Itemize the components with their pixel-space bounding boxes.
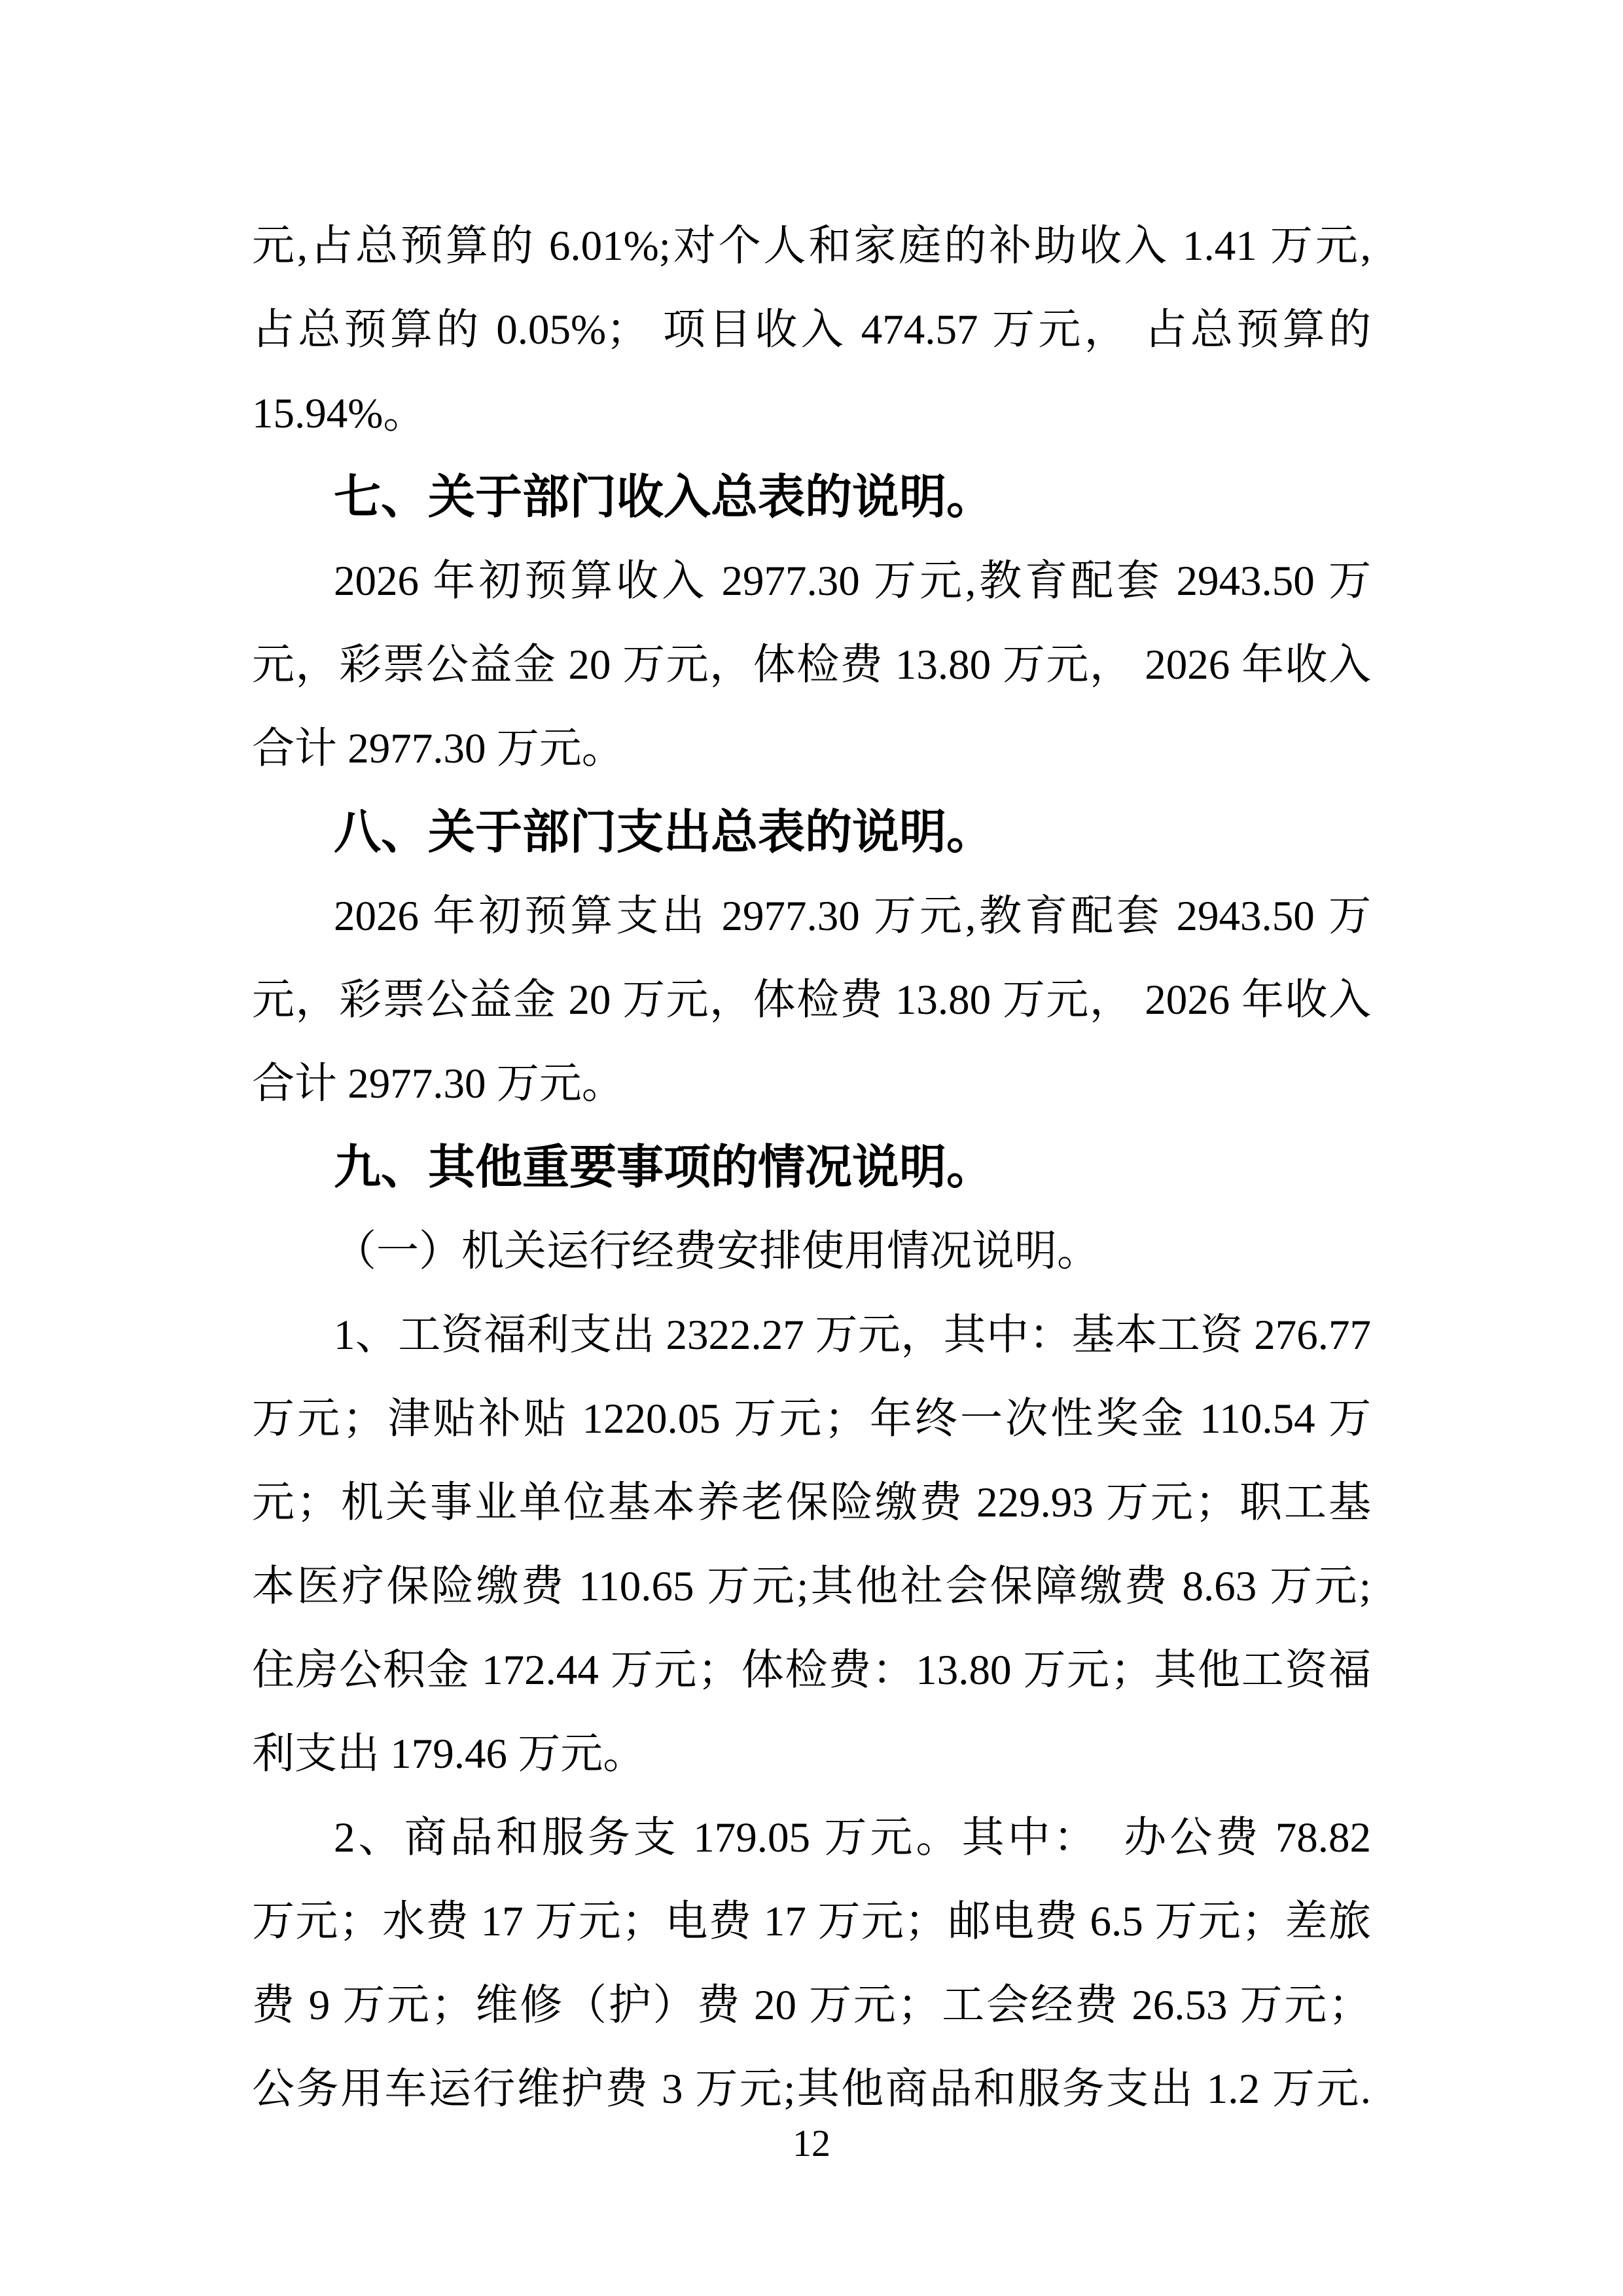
text-line: 15.94%。 xyxy=(252,372,1371,456)
text-line: 利支出 179.46 万元。 xyxy=(252,1712,1371,1796)
text-line: 万元；津贴补贴 1220.05 万元；年终一次性奖金 110.54 万 xyxy=(252,1377,1371,1461)
section-heading-seven: 七、关于部门收入总表的说明。 xyxy=(252,456,1371,539)
section-heading-eight: 八、关于部门支出总表的说明。 xyxy=(252,791,1371,874)
text-line: 住房公积金 172.44 万元；体检费：13.80 万元；其他工资福 xyxy=(252,1628,1371,1712)
document-page: 元,占总预算的 6.01%;对个人和家庭的补助收入 1.41 万元, 占总预算的… xyxy=(0,0,1623,2296)
text-line: 元，彩票公益金 20 万元，体检费 13.80 万元， 2026 年收入 xyxy=(252,623,1371,707)
text-line: 本医疗保险缴费 110.65 万元;其他社会保障缴费 8.63 万元; xyxy=(252,1545,1371,1628)
text-body: 元,占总预算的 6.01%;对个人和家庭的补助收入 1.41 万元, 占总预算的… xyxy=(252,204,1371,2131)
text-line: 合计 2977.30 万元。 xyxy=(252,1042,1371,1126)
text-line: 元；机关事业单位基本养老保险缴费 229.93 万元；职工基 xyxy=(252,1461,1371,1545)
text-line: 元,占总预算的 6.01%;对个人和家庭的补助收入 1.41 万元, xyxy=(252,204,1371,288)
page-number: 12 xyxy=(0,2115,1623,2172)
text-line: 2026 年初预算支出 2977.30 万元,教育配套 2943.50 万 xyxy=(252,874,1371,958)
text-line: 2026 年初预算收入 2977.30 万元,教育配套 2943.50 万 xyxy=(252,539,1371,623)
text-line: 占总预算的 0.05%； 项目收入 474.57 万元， 占总预算的 xyxy=(252,288,1371,372)
section-heading-nine: 九、其他重要事项的情况说明。 xyxy=(252,1126,1371,1210)
text-line: 万元；水费 17 万元；电费 17 万元；邮电费 6.5 万元；差旅 xyxy=(252,1880,1371,1964)
text-line: 费 9 万元；维修（护）费 20 万元；工会经费 26.53 万元； xyxy=(252,1964,1371,2047)
subsection-heading: （一）机关运行经费安排使用情况说明。 xyxy=(252,1210,1371,1293)
text-line: 2、商品和服务支 179.05 万元。其中： 办公费 78.82 xyxy=(252,1796,1371,1880)
text-line: 1、工资福利支出 2322.27 万元，其中：基本工资 276.77 xyxy=(252,1293,1371,1377)
text-line: 元，彩票公益金 20 万元，体检费 13.80 万元， 2026 年收入 xyxy=(252,958,1371,1042)
text-line: 合计 2977.30 万元。 xyxy=(252,707,1371,791)
